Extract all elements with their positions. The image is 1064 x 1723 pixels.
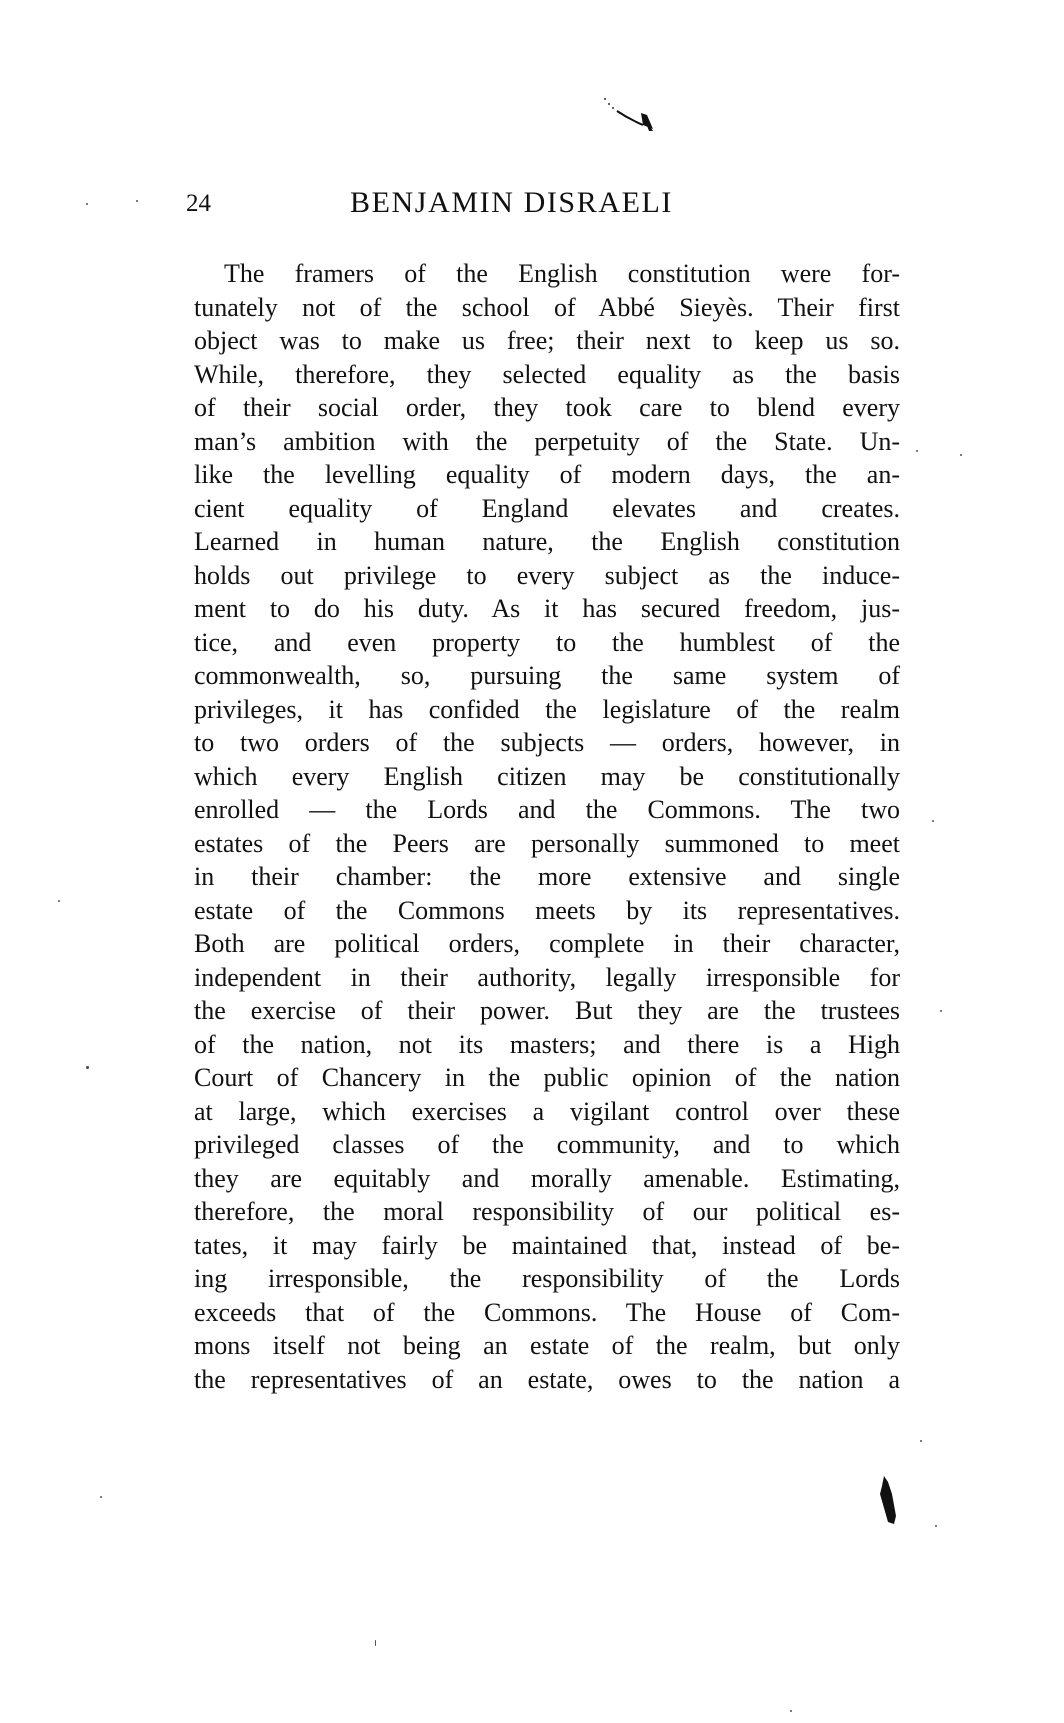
text-line: tunately not of the school of Abbé Sieyè… [194, 291, 900, 325]
text-line: Both are political orders, complete in t… [194, 927, 900, 961]
text-line: estates of the Peers are personally summ… [194, 827, 900, 861]
text-line: which every English citizen may be const… [194, 760, 900, 794]
paper-speck [100, 1496, 102, 1498]
paper-speck [86, 203, 88, 205]
text-line: tice, and even property to the humblest … [194, 626, 900, 660]
text-line: ing irresponsible, the responsibility of… [194, 1262, 900, 1296]
page-number: 24 [186, 190, 211, 218]
ink-blot-icon [876, 1472, 906, 1532]
paper-speck [932, 820, 934, 822]
paper-speck [790, 1710, 792, 1712]
text-line: man’s ambition with the perpetuity of th… [194, 425, 900, 459]
paper-speck [916, 450, 918, 452]
text-line: exceeds that of the Commons. The House o… [194, 1296, 900, 1330]
paper-speck [86, 1066, 89, 1069]
text-line: Learned in human nature, the English con… [194, 525, 900, 559]
text-line: privileges, it has confided the legislat… [194, 693, 900, 727]
paper-speck [375, 1640, 376, 1646]
paper-speck [920, 1440, 922, 1442]
text-line: commonwealth, so, pursuing the same syst… [194, 659, 900, 693]
paper-speck [960, 454, 962, 456]
text-line: holds out privilege to every subject as … [194, 559, 900, 593]
text-line: independent in their authority, legally … [194, 961, 900, 995]
paper-speck [58, 900, 60, 902]
text-line: the representatives of an estate, owes t… [194, 1363, 900, 1397]
ink-mark-icon [603, 95, 683, 145]
body-paragraph: The framers of the English constitution … [194, 257, 900, 1396]
book-page: 24 BENJAMIN DISRAELI The framers of the … [0, 0, 1064, 1723]
text-line: While, therefore, they selected equality… [194, 358, 900, 392]
text-line: ment to do his duty. As it has secured f… [194, 592, 900, 626]
text-line: enrolled — the Lords and the Commons. Th… [194, 793, 900, 827]
text-line: tates, it may fairly be maintained that,… [194, 1229, 900, 1263]
text-line: they are equitably and morally amenable.… [194, 1162, 900, 1196]
running-header: 24 BENJAMIN DISRAELI [186, 190, 906, 230]
paper-speck [935, 1525, 937, 1527]
text-line: the exercise of their power. But they ar… [194, 994, 900, 1028]
text-line: Court of Chancery in the public opinion … [194, 1061, 900, 1095]
text-line: in their chamber: the more extensive and… [194, 860, 900, 894]
text-line: mons itself not being an estate of the r… [194, 1329, 900, 1363]
text-line: at large, which exercises a vigilant con… [194, 1095, 900, 1129]
text-line: privileged classes of the community, and… [194, 1128, 900, 1162]
text-line: cient equality of England elevates and c… [194, 492, 900, 526]
running-title: BENJAMIN DISRAELI [350, 186, 673, 220]
paper-speck [136, 200, 138, 202]
text-line: like the levelling equality of modern da… [194, 458, 900, 492]
text-line: object was to make us free; their next t… [194, 324, 900, 358]
text-line: of their social order, they took care to… [194, 391, 900, 425]
text-line: estate of the Commons meets by its repre… [194, 894, 900, 928]
text-line: to two orders of the subjects — orders, … [194, 726, 900, 760]
text-line: The framers of the English constitution … [194, 257, 900, 291]
text-line: of the nation, not its masters; and ther… [194, 1028, 900, 1062]
text-line: therefore, the moral responsibility of o… [194, 1195, 900, 1229]
paper-speck [940, 1010, 942, 1012]
